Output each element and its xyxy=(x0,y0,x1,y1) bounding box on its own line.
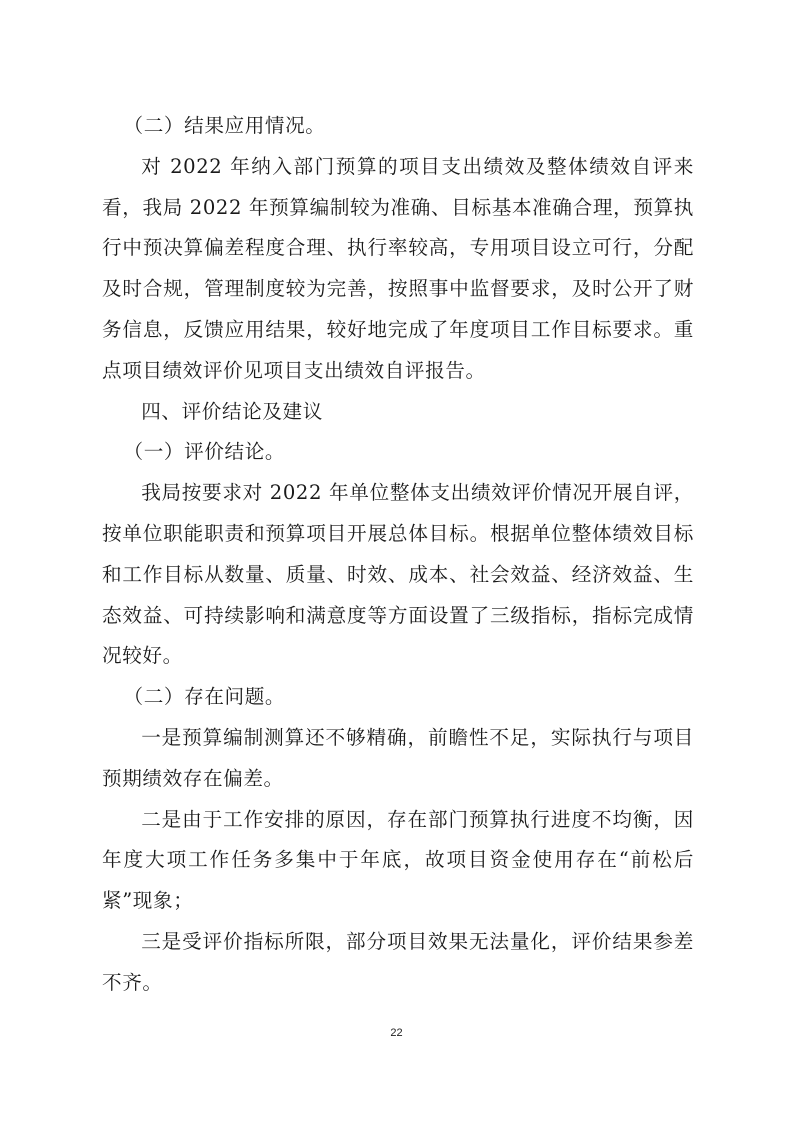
paragraph-result-summary: 对 2022 年纳入部门预算的项目支出绩效及整体绩效自评来看，我局 2022 年… xyxy=(102,147,694,392)
subheading-existing-problems: （二）存在问题。 xyxy=(102,677,694,718)
paragraph-problem-2: 二是由于工作安排的原因，存在部门预算执行进度不均衡，因年度大项工作任务多集中于年… xyxy=(102,800,694,922)
paragraph-problem-1: 一是预算编制测算还不够精确，前瞻性不足，实际执行与项目预期绩效存在偏差。 xyxy=(102,718,694,800)
subheading-result-application: （二）结果应用情况。 xyxy=(102,106,694,147)
document-page: （二）结果应用情况。 对 2022 年纳入部门预算的项目支出绩效及整体绩效自评来… xyxy=(102,106,694,1004)
subheading-evaluation-conclusion: （一）评价结论。 xyxy=(102,432,694,473)
page-number: 22 xyxy=(0,1027,793,1039)
heading-conclusion-and-suggestions: 四、评价结论及建议 xyxy=(102,392,694,433)
paragraph-conclusion: 我局按要求对 2022 年单位整体支出绩效评价情况开展自评，按单位职能职责和预算… xyxy=(102,473,694,677)
paragraph-problem-3: 三是受评价指标所限，部分项目效果无法量化，评价结果参差不齐。 xyxy=(102,922,694,1004)
